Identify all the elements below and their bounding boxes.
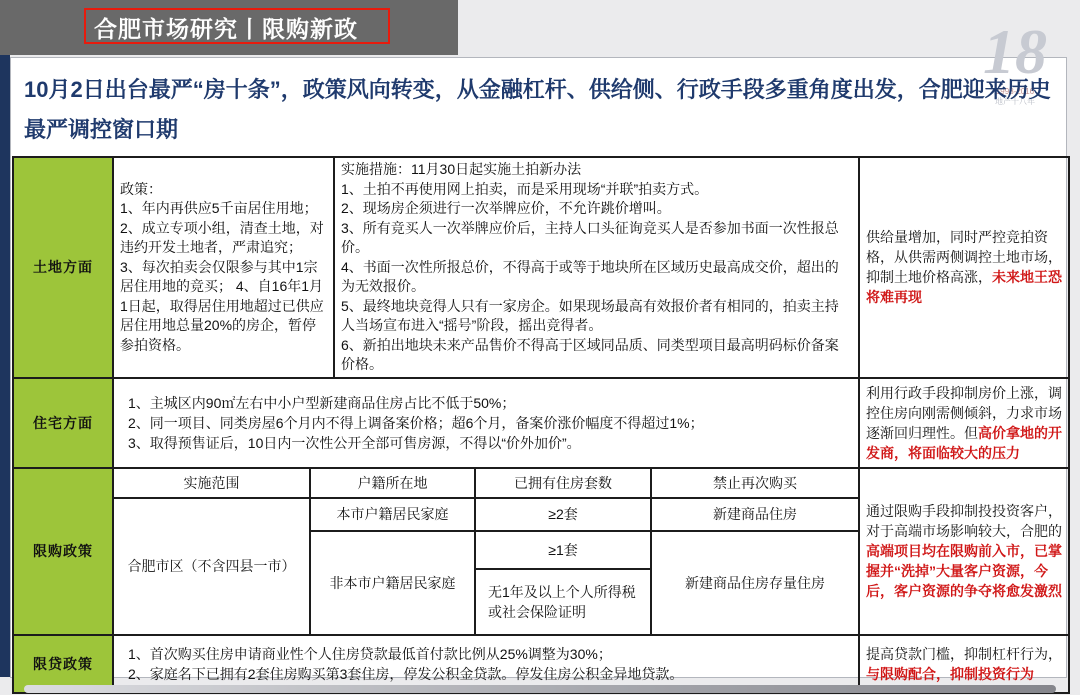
purchase-local-banned: 新建商品住房 [651, 498, 859, 531]
purchase-header-owned: 已拥有住房套数 [475, 468, 651, 498]
purchase-local-household: 本市户籍居民家庭 [310, 498, 475, 531]
housing-comment-cell: 利用行政手段抑制房价上涨，调控住房向刚需侧倾斜，力求市场逐渐回归理性。但高价拿地… [859, 378, 1069, 468]
row-label-purchase: 限购政策 [13, 468, 113, 635]
land-policy-cell: 政策： 1、年内再供应5千亩居住用地； 2、成立专项小组，清查土地，对违约开发土… [113, 157, 334, 378]
purchase-local-owned: ≥2套 [475, 498, 651, 531]
table-row-credit: 限贷政策 1、首次购买住房申请商业性个人住房贷款最低首付款比例从25%调整为30… [13, 635, 1069, 693]
purchase-nonlocal-owned-1: ≥1套 [475, 531, 651, 569]
credit-content-cell: 1、首次购买住房申请商业性个人住房贷款最低首付款比例从25%调整为30%； 2、… [113, 635, 859, 693]
land-comment-cell: 供给量增加，同时严控竞拍资格，从供需两侧调控土地市场，抑制土地价格高涨，未来地王… [859, 157, 1069, 378]
policy-table: 土地方面 政策： 1、年内再供应5千亩居住用地； 2、成立专项小组，清查土地，对… [12, 156, 1070, 694]
purchase-comment-highlight: 高端项目均在限购前入市，已掌握并“洗掉”大量客户资源，今后，客户资源的争夺将愈发… [866, 543, 1062, 599]
bottom-decor-bar [24, 685, 1056, 693]
purchase-nonlocal-household: 非本市户籍居民家庭 [310, 531, 475, 635]
land-measures-cell: 实施措施：11月30日起实施土拍新办法 1、土拍不再使用网上拍卖，而是采用现场“… [334, 157, 859, 378]
credit-comment-highlight: 与限购配合，抑制投资行为 [866, 666, 1034, 682]
row-label-land: 土地方面 [13, 157, 113, 378]
purchase-comment-cell: 通过限购手段抑制投投资客户，对于高端市场影响较大，合肥的高端项目均在限购前入市，… [859, 468, 1069, 635]
purchase-comment-text: 通过限购手段抑制投投资客户，对于高端市场影响较大，合肥的 [866, 503, 1062, 539]
slide: 合肥市场研究丨限购新政 18 1998-2016 地产十八年 10月2日出台最严… [0, 0, 1080, 695]
table-row-land: 土地方面 政策： 1、年内再供应5千亩居住用地； 2、成立专项小组，清查土地，对… [13, 157, 1069, 378]
credit-comment-cell: 提高贷款门槛，抑制杠杆行为，与限购配合，抑制投资行为 [859, 635, 1069, 693]
purchase-header-banned: 禁止再次购买 [651, 468, 859, 498]
row-label-credit: 限贷政策 [13, 635, 113, 693]
purchase-nonlocal-banned: 新建商品住房存量住房 [651, 531, 859, 635]
table-row-housing: 住宅方面 1、主城区内90㎡左右中小户型新建商品住房占比不低于50%； 2、同一… [13, 378, 1069, 468]
purchase-scope-cell: 合肥市区（不含四县一市） [113, 498, 310, 635]
slide-headline: 10月2日出台最严“房十条”，政策风向转变，从金融杠杆、供给侧、行政手段多重角度… [24, 70, 1052, 150]
credit-comment-text: 提高贷款门槛，抑制杠杆行为， [866, 646, 1062, 662]
red-annotation-box [84, 8, 390, 44]
purchase-nonlocal-owned-2: 无1年及以上个人所得税或社会保险证明 [475, 569, 651, 635]
table-row-purchase-header: 限购政策 实施范围 户籍所在地 已拥有住房套数 禁止再次购买 通过限购手段抑制投… [13, 468, 1069, 498]
housing-content-cell: 1、主城区内90㎡左右中小户型新建商品住房占比不低于50%； 2、同一项目、同类… [113, 378, 859, 468]
row-label-housing: 住宅方面 [13, 378, 113, 468]
purchase-header-household: 户籍所在地 [310, 468, 475, 498]
left-accent-bar [0, 55, 10, 677]
purchase-header-scope: 实施范围 [113, 468, 310, 498]
